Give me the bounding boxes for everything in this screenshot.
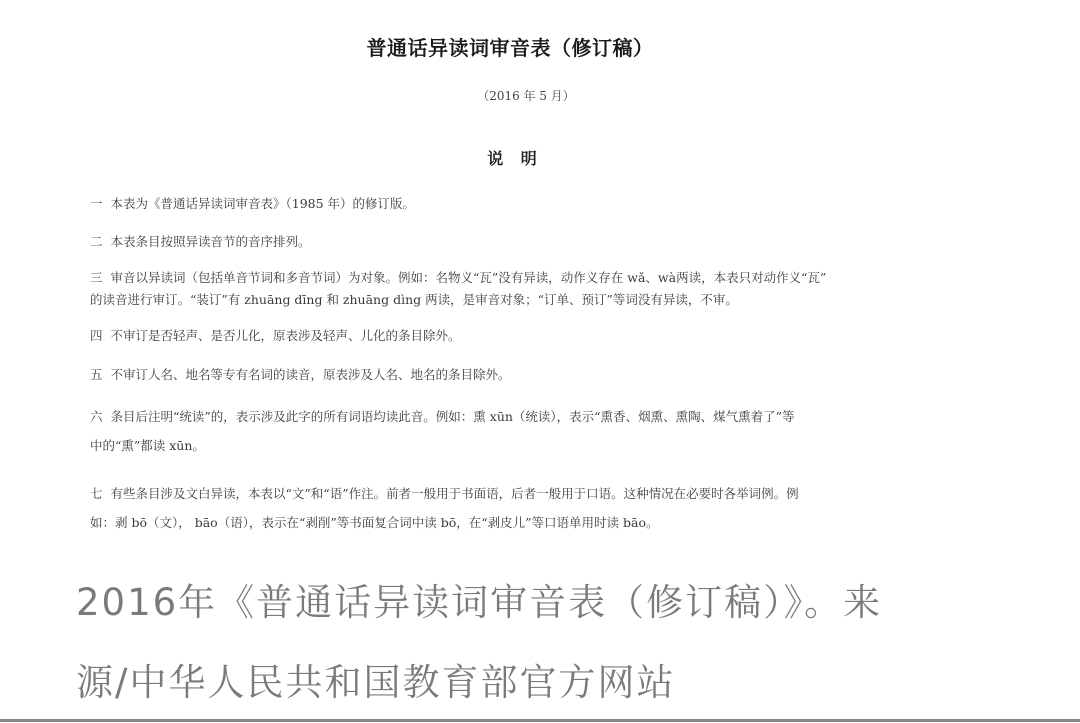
caption-line-1: 2016年《普通话异读词审音表（修订稿）》。来 — [76, 572, 1036, 626]
note-item-2: 二本表条目按照异读音节的音序排列。 — [90, 231, 950, 253]
item-text: 本表条目按照异读音节的音序排列。 — [111, 234, 311, 249]
caption-line-2: 源/中华人民共和国教育部官方网站 — [76, 652, 1036, 706]
note-item-7: 七有些条目涉及文白异读，本表以“文”和“语”作注。前者一般用于书面语，后者一般用… — [90, 479, 950, 537]
item-number: 七 — [90, 486, 103, 501]
note-item-6: 六条目后注明“统读”的，表示涉及此字的所有词语均读此音。例如：熏 xūn（统读）… — [90, 402, 950, 460]
item-text: 审音以异读词（包括单音节词和多音节词）为对象。例如：名物义“瓦”没有异读，动作义… — [111, 270, 827, 285]
bottom-divider — [0, 719, 1080, 722]
item-number: 六 — [90, 409, 103, 424]
item-number: 三 — [90, 270, 103, 285]
section-heading: 说 明 — [0, 146, 1030, 169]
item-text-continued: 中的“熏”都读 xūn。 — [90, 431, 950, 460]
item-text-continued: 如：剥 bō（文）， bāo（语），表示在“剥削”等书面复合词中读 bō，在“剥… — [90, 508, 950, 537]
note-item-5: 五不审订人名、地名等专有名词的读音，原表涉及人名、地名的条目除外。 — [90, 364, 950, 386]
item-number: 二 — [90, 234, 103, 249]
item-text: 有些条目涉及文白异读，本表以“文”和“语”作注。前者一般用于书面语，后者一般用于… — [111, 486, 799, 501]
item-number: 五 — [90, 367, 103, 382]
item-number: 一 — [90, 196, 103, 211]
document-title: 普通话异读词审音表（修订稿） — [0, 32, 1020, 61]
item-text: 条目后注明“统读”的，表示涉及此字的所有词语均读此音。例如：熏 xūn（统读），… — [111, 409, 795, 424]
item-text: 不审订是否轻声、是否儿化，原表涉及轻声、儿化的条目除外。 — [111, 328, 461, 343]
document-image: 普通话异读词审音表（修订稿） （2016 年 5 月） 说 明 一本表为《普通话… — [0, 0, 1080, 560]
item-text-continued: 的读音进行审订。“装订”有 zhuāng dīng 和 zhuāng dìng … — [90, 289, 950, 311]
item-text: 本表为《普通话异读词审音表》（1985 年）的修订版。 — [111, 196, 416, 211]
note-item-1: 一本表为《普通话异读词审音表》（1985 年）的修订版。 — [90, 193, 950, 215]
item-number: 四 — [90, 328, 103, 343]
note-item-3: 三审音以异读词（包括单音节词和多音节词）为对象。例如：名物义“瓦”没有异读，动作… — [90, 267, 950, 311]
item-text: 不审订人名、地名等专有名词的读音，原表涉及人名、地名的条目除外。 — [111, 367, 511, 382]
note-item-4: 四不审订是否轻声、是否儿化，原表涉及轻声、儿化的条目除外。 — [90, 325, 950, 347]
document-date: （2016 年 5 月） — [0, 87, 1052, 104]
